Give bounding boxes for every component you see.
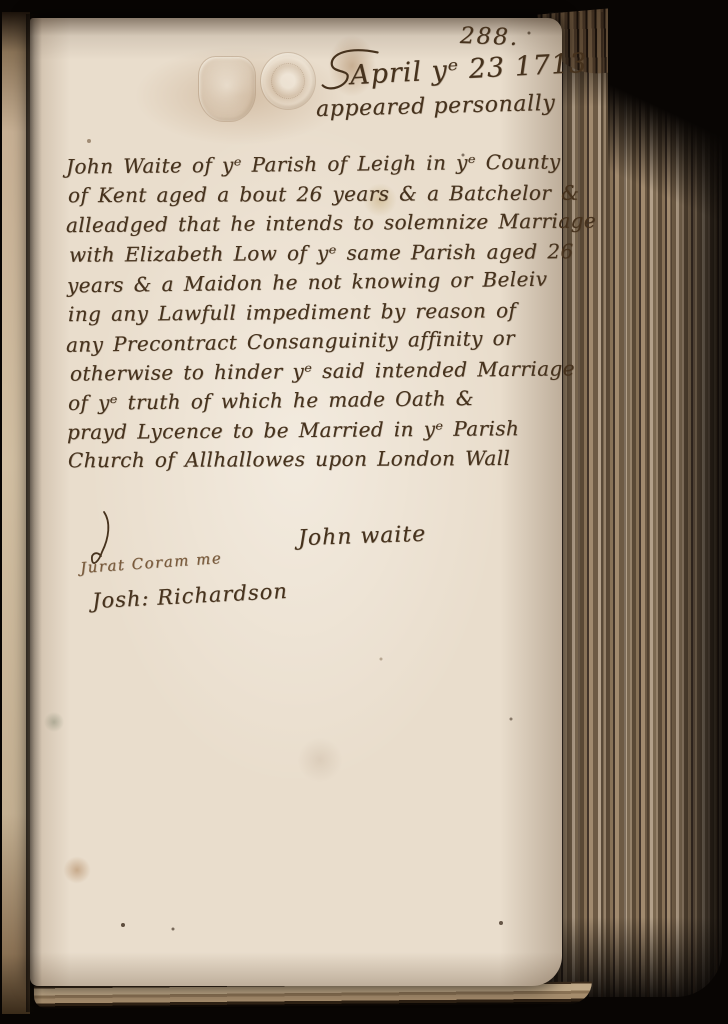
manuscript-line: alleadged that he intends to solemnize M…: [66, 209, 560, 243]
manuscript-line: of Kent aged a bout 26 years & a Batchel…: [68, 180, 562, 212]
embossed-crest-stamp-icon: [198, 56, 256, 122]
manuscript-line: of yᵉ truth of which he made Oath &: [68, 385, 562, 421]
gutter-shadow: [26, 14, 42, 1012]
manuscript-line: Church of Allhallowes upon London Wall: [68, 446, 562, 478]
manuscript-line: years & a Maidon he not knowing or Belei…: [67, 267, 561, 303]
allegation-text: John Waite of yᵉ Parish of Leigh in yᵉ C…: [66, 152, 560, 477]
signature-josh-richardson: Josh: Richardson: [92, 579, 289, 613]
manuscript-line: John Waite of yᵉ Parish of Leigh in yᵉ C…: [66, 149, 560, 184]
embossed-rosette-stamp-icon: [260, 52, 316, 110]
manuscript-page: 288. April yᵉ 23 1713 appeared personall…: [30, 18, 562, 986]
appeared-personally-text: appeared personally: [316, 91, 556, 122]
book-photograph: 288. April yᵉ 23 1713 appeared personall…: [0, 0, 728, 1024]
page-number: 288.: [460, 23, 520, 51]
manuscript-line: prayd Lycence to be Married in yᵉ Parish: [67, 415, 561, 449]
background-shadow: [608, 0, 728, 310]
signature-john-waite: John waite: [298, 522, 427, 551]
